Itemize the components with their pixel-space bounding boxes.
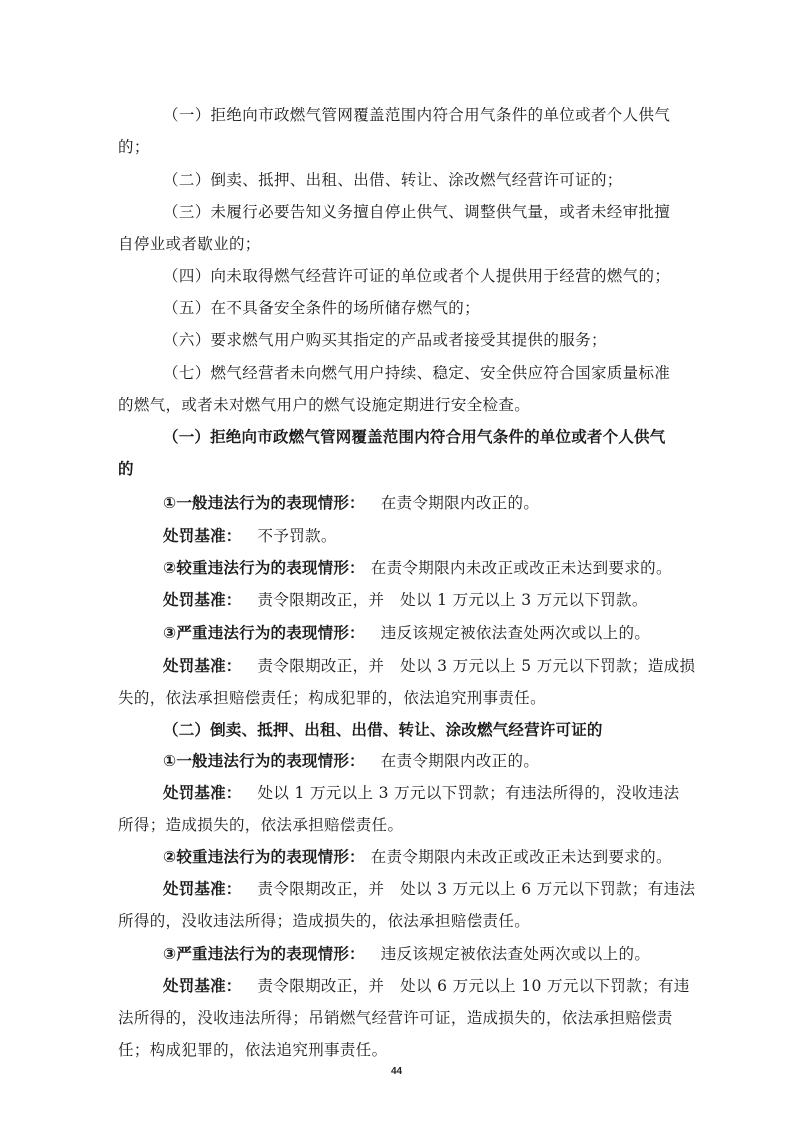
list-item-3: （三）未履行必要告知义务擅自停止供气、调整供气量，或者未经审批擅 — [163, 202, 678, 222]
list-item-2: （二）倒卖、抵押、出租、出借、转让、涂改燃气经营许可证的； — [163, 170, 678, 190]
situation-label: ②较重违法行为的表现情形： — [163, 559, 365, 577]
section-2-heading: （二）倒卖、抵押、出租、出借、转让、涂改燃气经营许可证的 — [163, 720, 678, 740]
section-1-heading: （一）拒绝向市政燃气管网覆盖范围内符合用气条件的单位或者个人供气 — [163, 427, 678, 447]
situation-label: ①一般违法行为的表现情形： — [163, 752, 365, 770]
section-2-level-3-situation: ③严重违法行为的表现情形：违反该规定被依法查处两次或以上的。 — [163, 944, 678, 964]
penalty-label: 处罚基准： — [163, 527, 242, 545]
penalty-label: 处罚基准： — [163, 784, 242, 802]
situation-label: ②较重违法行为的表现情形： — [163, 848, 365, 866]
page-number: 44 — [0, 1066, 793, 1077]
list-item-6: （六）要求燃气用户购买其指定的产品或者接受其提供的服务； — [163, 330, 678, 350]
document-page: （一）拒绝向市政燃气管网覆盖范围内符合用气条件的单位或者个人供气 的； （二）倒… — [0, 0, 793, 1122]
list-item-7-cont: 的燃气，或者未对燃气用户的燃气设施定期进行安全检查。 — [118, 395, 678, 415]
section-1-level-3-situation: ③严重违法行为的表现情形：违反该规定被依法查处两次或以上的。 — [163, 623, 678, 643]
situation-text: 违反该规定被依法查处两次或以上的。 — [381, 945, 650, 963]
section-2-level-2-situation: ②较重违法行为的表现情形：在责令期限内未改正或改正未达到要求的。 — [163, 847, 678, 867]
situation-text: 在责令期限内改正的。 — [381, 494, 540, 512]
section-2-level-2-penalty: 处罚基准：责令限期改正，并 处以 3 万元以上 6 万元以下罚款；有违法 — [163, 879, 678, 899]
penalty-label: 处罚基准： — [163, 880, 242, 898]
section-1-level-1-penalty: 处罚基准：不予罚款。 — [163, 526, 678, 546]
list-item-1: （一）拒绝向市政燃气管网覆盖范围内符合用气条件的单位或者个人供气 — [163, 105, 678, 125]
list-item-4: （四）向未取得燃气经营许可证的单位或者个人提供用于经营的燃气的； — [163, 266, 678, 286]
penalty-text: 不予罚款。 — [258, 527, 337, 545]
penalty-label: 处罚基准： — [163, 657, 242, 675]
situation-label: ①一般违法行为的表现情形： — [163, 494, 365, 512]
situation-label: ③严重违法行为的表现情形： — [163, 945, 365, 963]
penalty-text: 责令限期改正，并 处以 6 万元以上 10 万元以下罚款；有违 — [258, 977, 690, 995]
situation-text: 在责令期限内未改正或改正未达到要求的。 — [371, 559, 672, 577]
section-1-level-2-penalty: 处罚基准：责令限期改正，并 处以 1 万元以上 3 万元以下罚款。 — [163, 590, 678, 610]
section-2-level-3-penalty-cont: 法所得的，没收违法所得；吊销燃气经营许可证，造成损失的，依法承担赔偿责 — [118, 1008, 678, 1028]
section-1-level-3-penalty-cont: 失的，依法承担赔偿责任；构成犯罪的，依法追究刑事责任。 — [118, 688, 678, 708]
list-item-5: （五）在不具备安全条件的场所储存燃气的； — [163, 298, 678, 318]
section-2-level-1-penalty: 处罚基准：处以 1 万元以上 3 万元以下罚款；有违法所得的，没收违法 — [163, 783, 678, 803]
section-1-level-3-penalty: 处罚基准：责令限期改正，并 处以 3 万元以上 5 万元以下罚款；造成损 — [163, 656, 678, 676]
situation-text: 违反该规定被依法查处两次或以上的。 — [381, 624, 650, 642]
penalty-text: 责令限期改正，并 处以 1 万元以上 3 万元以下罚款。 — [258, 591, 648, 609]
list-item-3-cont: 自停业或者歇业的； — [118, 234, 678, 254]
section-2-level-1-situation: ①一般违法行为的表现情形：在责令期限内改正的。 — [163, 751, 678, 771]
list-item-7: （七）燃气经营者未向燃气用户持续、稳定、安全供应符合国家质量标准 — [163, 363, 678, 383]
situation-text: 在责令期限内改正的。 — [381, 752, 540, 770]
section-1-heading-cont: 的 — [118, 459, 678, 479]
section-2-level-3-penalty-cont-2: 任；构成犯罪的，依法追究刑事责任。 — [118, 1040, 678, 1060]
section-2-level-1-penalty-cont: 所得；造成损失的，依法承担赔偿责任。 — [118, 815, 678, 835]
section-2-level-3-penalty: 处罚基准：责令限期改正，并 处以 6 万元以上 10 万元以下罚款；有违 — [163, 976, 678, 996]
penalty-label: 处罚基准： — [163, 591, 242, 609]
penalty-text: 责令限期改正，并 处以 3 万元以上 6 万元以下罚款；有违法 — [258, 880, 696, 898]
section-1-level-1-situation: ①一般违法行为的表现情形：在责令期限内改正的。 — [163, 493, 678, 513]
penalty-text: 责令限期改正，并 处以 3 万元以上 5 万元以下罚款；造成损 — [258, 657, 696, 675]
section-1-level-2-situation: ②较重违法行为的表现情形：在责令期限内未改正或改正未达到要求的。 — [163, 558, 678, 578]
section-2-level-2-penalty-cont: 所得的，没收违法所得；造成损失的，依法承担赔偿责任。 — [118, 911, 678, 931]
situation-text: 在责令期限内未改正或改正未达到要求的。 — [371, 848, 672, 866]
list-item-1-cont: 的； — [118, 137, 678, 157]
penalty-label: 处罚基准： — [163, 977, 242, 995]
penalty-text: 处以 1 万元以上 3 万元以下罚款；有违法所得的，没收违法 — [258, 784, 680, 802]
situation-label: ③严重违法行为的表现情形： — [163, 624, 365, 642]
